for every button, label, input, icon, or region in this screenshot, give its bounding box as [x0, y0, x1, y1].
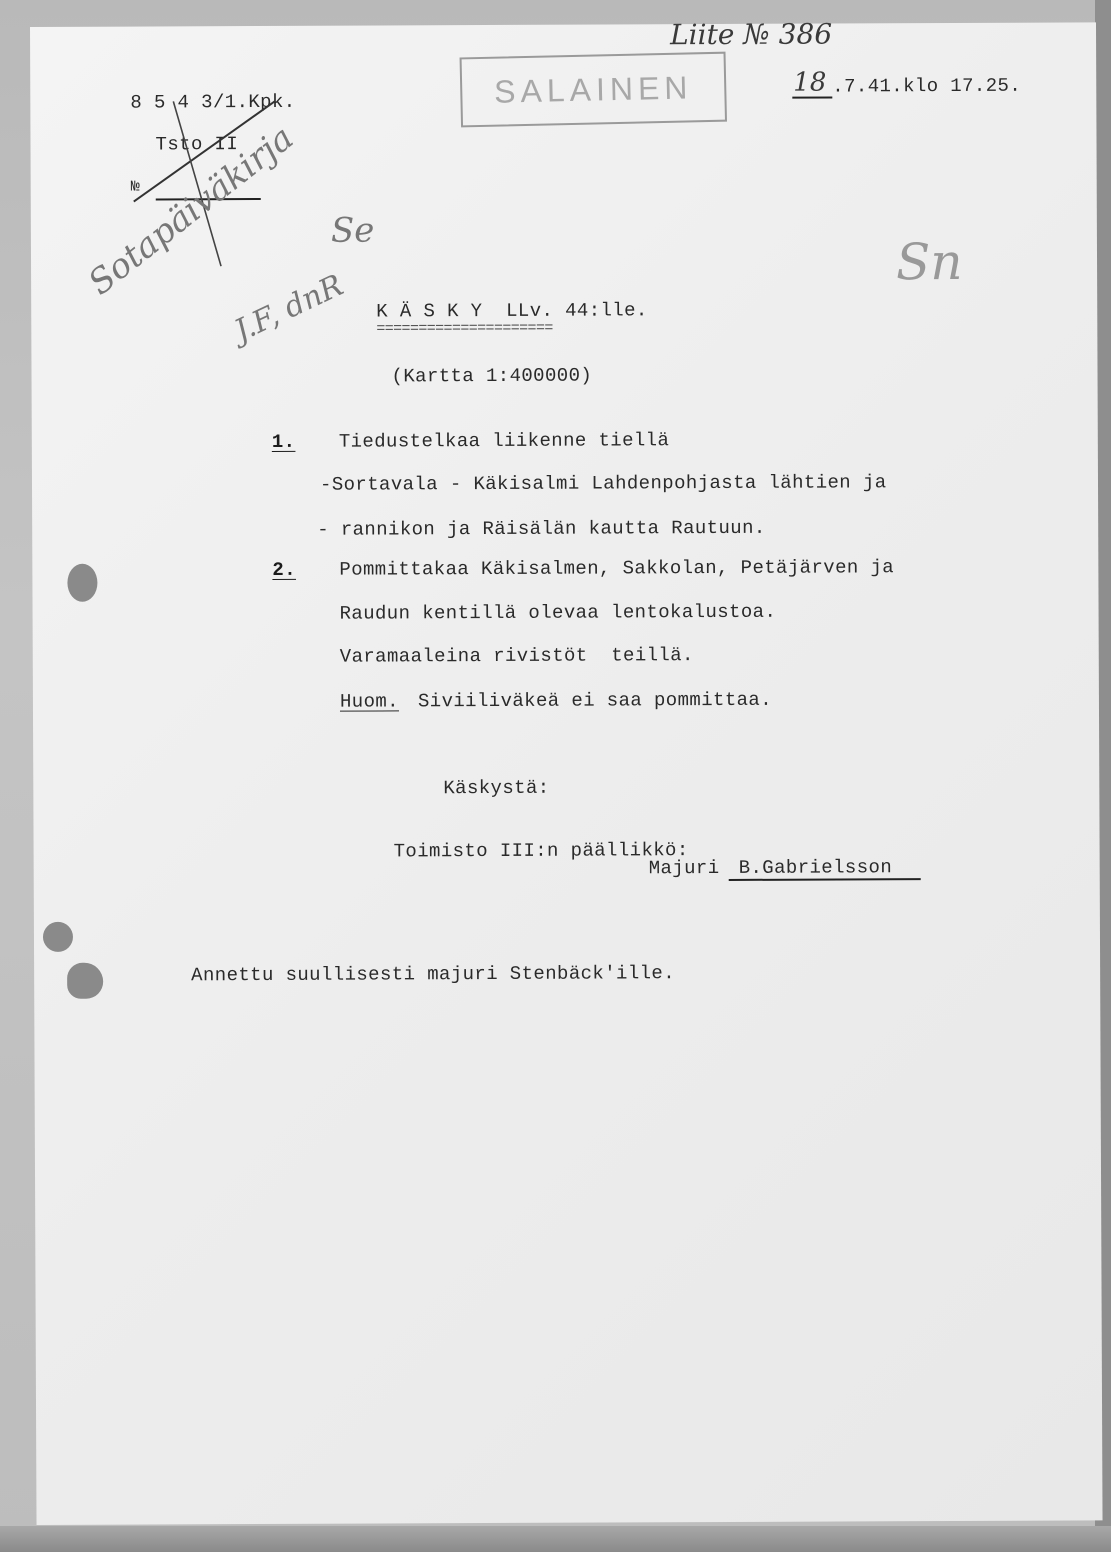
handwritten-annex-number: Liite № 386	[670, 18, 832, 52]
item-1-number: 1.	[272, 431, 296, 453]
order-by-label: Käskystä:	[443, 777, 549, 799]
margin-note-initials-se: Se	[331, 210, 375, 250]
item-2-line-2: Raudun kentillä olevaa lentokalustoa.	[340, 601, 777, 625]
note-text: Siviiliväkeä ei saa pommittaa.	[418, 689, 772, 713]
item-2-line-3: Varamaaleina rivistöt teillä.	[340, 644, 694, 668]
signer-rank: Majuri	[649, 857, 720, 879]
footer-note: Annettu suullisesti majuri Stenbäck'ille…	[191, 962, 675, 986]
signer-name: B.Gabrielsson	[739, 856, 893, 879]
day-underline	[792, 96, 832, 98]
item-2-line-1: Pommittakaa Käkisalmen, Sakkolan, Petäjä…	[339, 556, 894, 580]
signature-underline	[729, 878, 921, 881]
item-1-line-2: -Sortavala - Käkisalmi Lahdenpohjasta lä…	[320, 471, 887, 495]
secret-stamp: SALAINEN	[460, 52, 727, 128]
note-label: Huom.	[340, 690, 399, 712]
item-1-line-3: - rannikon ja Räisälän kautta Rautuun.	[317, 517, 766, 541]
signer-title: Toimisto III:n päällikkö:	[394, 839, 689, 862]
date-time: .7.41.klo 17.25.	[832, 75, 1021, 98]
item-2-number: 2.	[272, 559, 296, 581]
map-reference: (Kartta 1:400000)	[391, 365, 592, 388]
handwritten-day: 18	[793, 68, 826, 98]
item-1-line-1: Tiedustelkaa liikenne tiellä	[339, 429, 670, 452]
order-title-underline: =====================	[376, 320, 553, 338]
margin-note-initials-right: Sn	[896, 233, 963, 291]
stamp-text: SALAINEN	[494, 69, 693, 110]
punch-hole	[67, 564, 97, 602]
punch-hole	[43, 922, 73, 952]
scan-background-bottom	[0, 1526, 1111, 1552]
punch-hole	[67, 963, 103, 999]
document-page: Liite № 386 SALAINEN 8 5 4 3/1.Kpk. Tsto…	[30, 22, 1103, 1525]
